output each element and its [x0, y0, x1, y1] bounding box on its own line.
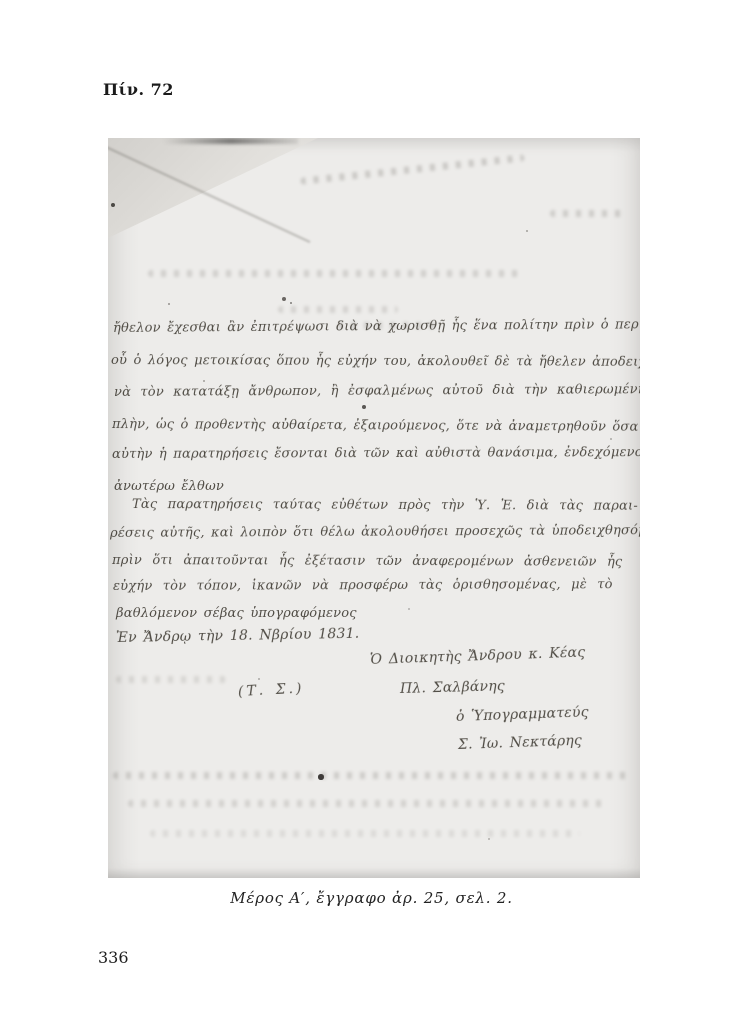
signature-secretary-role: ὁ Ὑπογραμματεύς: [456, 704, 589, 725]
manuscript-line: νὰ τὸν κατατάξῃ ἄνθρωπον, ἢ ἐσφαλμένως α…: [114, 382, 640, 400]
plate-label: Πίν. 72: [103, 80, 174, 99]
signature-role: Ὁ Διοικητὴς Ἄνδρου κ. Κέας: [370, 644, 586, 668]
figure-caption: Μέρος Α′, ἔγγραφο ἀρ. 25, σελ. 2.: [0, 889, 743, 907]
page-number: 336: [98, 948, 129, 967]
manuscript-date-line: Ἐν Ἄνδρῳ τὴν 18. Νβρίου 1831.: [116, 626, 360, 646]
manuscript-line: ρέσεις αὐτῆς, καὶ λοιπὸν ὅτι θέλω ἀκολου…: [110, 523, 640, 541]
manuscript-line: οὗ ὁ λόγος μετοικίσας ὅπου ἧς εὐχήν του,…: [111, 353, 640, 370]
manuscript-line: αὐτὴν ἡ παρατηρήσεις ἔσονται διὰ τῶν καὶ…: [112, 445, 640, 462]
seal-mark: (Τ. Σ.): [238, 681, 305, 700]
signature-name: Πλ. Σαλβάνης: [400, 678, 505, 697]
bleedthrough-line: [148, 270, 520, 277]
signature-secretary-name: Σ. Ἰω. Νεκτάρης: [458, 733, 582, 753]
bleedthrough-line: [300, 154, 524, 184]
manuscript-line: πλὴν, ὡς ὁ προθεντὴς αὐθαίρετα, ἐξαιρούμ…: [112, 417, 639, 435]
manuscript-line: πρὶν ὅτι ἀπαιτοῦνται ἧς ἐξέτασιν τῶν ἀνα…: [112, 553, 622, 570]
manuscript-line: Τὰς παρατηρήσεις ταύτας εὐθέτων πρὸς τὴν…: [132, 497, 638, 514]
bleedthrough-line: [278, 306, 398, 313]
bleedthrough-line: [128, 800, 608, 807]
manuscript-line: ἀνωτέρω ἔλθων: [114, 479, 224, 494]
manuscript-line: ἤθελον ἔχεσθαι ἂν ἐπιτρέψωσι διὰ νὰ χωρι…: [113, 317, 640, 336]
manuscript-line: βαθλόμενον σέβας ὑπογραφόμενος: [116, 606, 357, 621]
paper-fold: [108, 138, 318, 238]
bleedthrough-line: [550, 210, 628, 217]
manuscript-scan: ἤθελον ἔχεσθαι ἂν ἐπιτρέψωσι διὰ νὰ χωρι…: [108, 138, 640, 878]
paper-specks: [108, 138, 110, 140]
manuscript-line: εὐχήν τὸν τόπον, ἱκανῶν νὰ προσφέρω τὰς …: [113, 577, 613, 594]
bleedthrough-line: [150, 830, 580, 837]
bleedthrough-line: [113, 772, 633, 779]
bleedthrough-line: [116, 676, 226, 683]
book-page: Πίν. 72 ἤθελον ἔχεσθαι ἂν ἐπιτρέψωσι διὰ…: [0, 0, 743, 1027]
ink-smudge: [163, 138, 298, 144]
